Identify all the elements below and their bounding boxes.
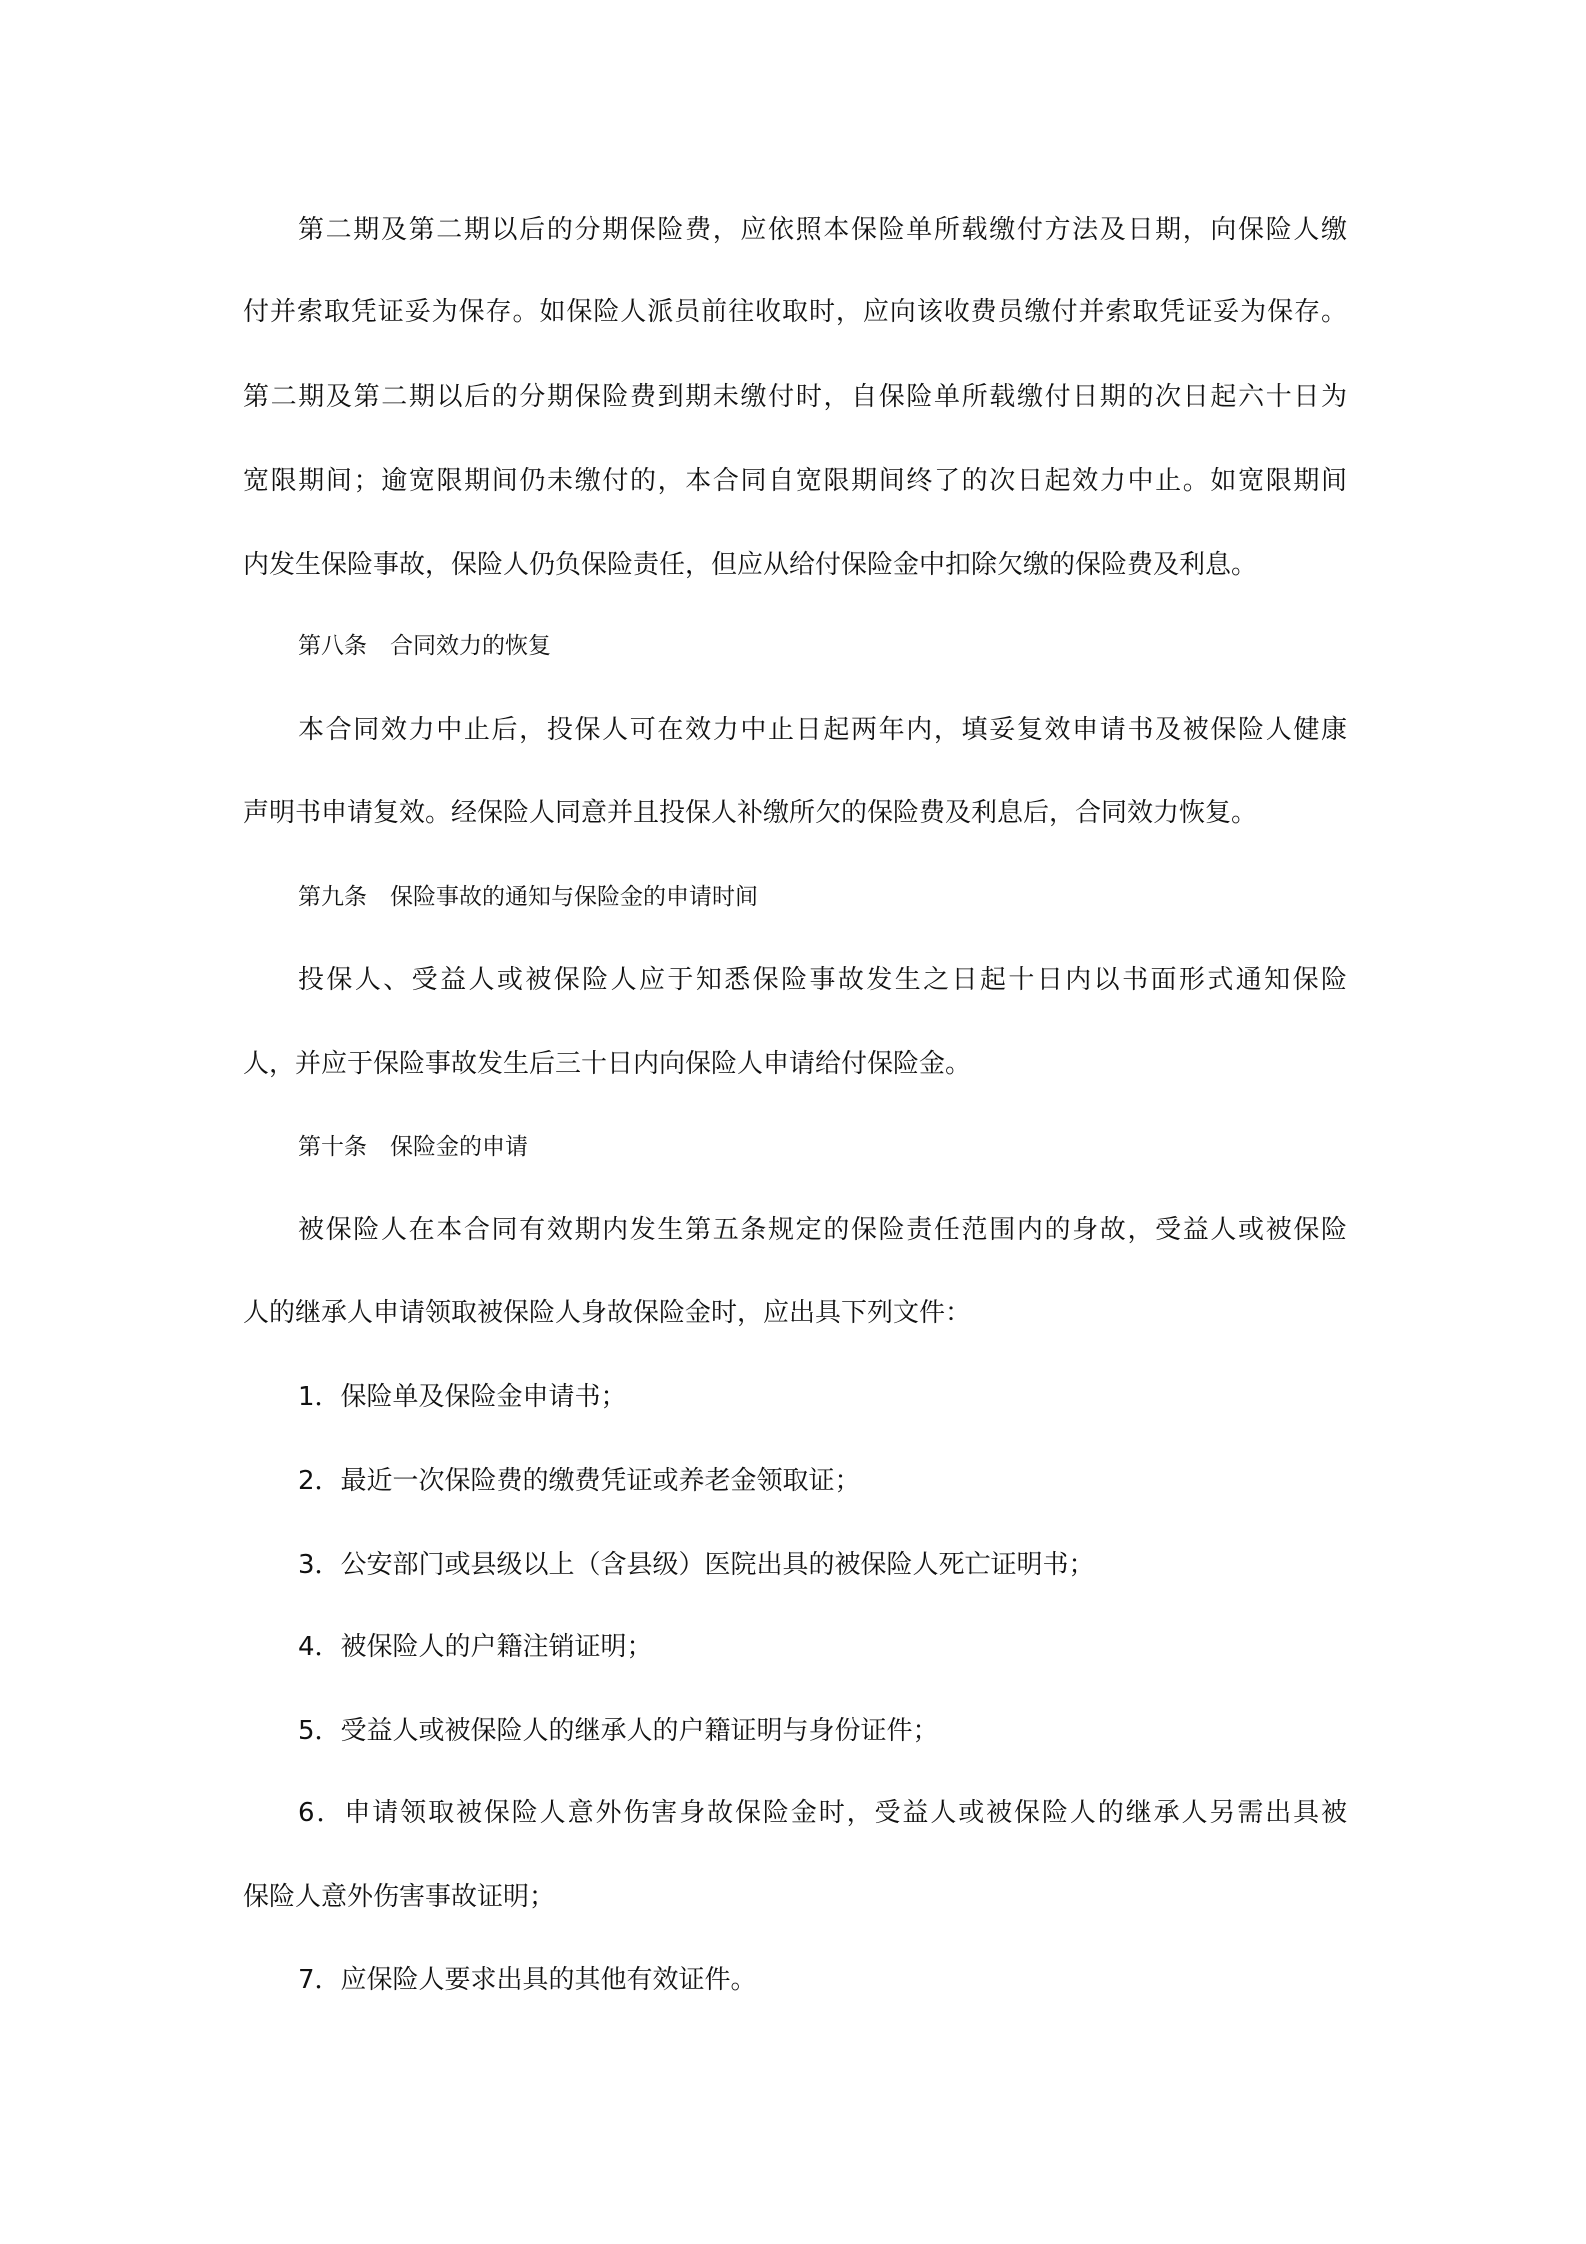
paragraph-line: 投保人、受益人或被保险人应于知悉保险事故发生之日起十日内以书面形式通知保险 — [298, 960, 1347, 1000]
section-heading-article-9: 第九条 保险事故的通知与保险金的申请时间 — [298, 877, 1347, 917]
section-heading-article-10: 第十条 保险金的申请 — [298, 1127, 1347, 1167]
paragraph-line: 第二期及第二期以后的分期保险费，应依照本保险单所载缴付方法及日期，向保险人缴 — [298, 210, 1347, 250]
paragraph-line: 被保险人在本合同有效期内发生第五条规定的保险责任范围内的身故，受益人或被保险 — [298, 1210, 1347, 1250]
section-heading-article-8: 第八条 合同效力的恢复 — [298, 626, 1347, 666]
paragraph-line: 本合同效力中止后，投保人可在效力中止日起两年内，填妥复效申请书及被保险人健康 — [298, 710, 1347, 750]
paragraph-line: 宽限期间；逾宽限期间仍未缴付的，本合同自宽限期间终了的次日起效力中止。如宽限期间 — [243, 461, 1347, 501]
list-item: 7．应保险人要求出具的其他有效证件。 — [298, 1960, 1347, 2000]
paragraph-line: 付并索取凭证妥为保存。如保险人派员前往收取时，应向该收费员缴付并索取凭证妥为保存… — [243, 292, 1347, 332]
list-item-continuation: 保险人意外伤害事故证明； — [243, 1877, 1347, 1917]
list-item: 6．申请领取被保险人意外伤害身故保险金时，受益人或被保险人的继承人另需出具被 — [298, 1793, 1347, 1833]
paragraph-line: 人的继承人申请领取被保险人身故保险金时，应出具下列文件： — [243, 1293, 1347, 1333]
list-item: 1．保险单及保险金申请书； — [298, 1377, 1347, 1417]
list-item: 3．公安部门或县级以上（含县级）医院出具的被保险人死亡证明书； — [298, 1545, 1347, 1585]
paragraph-line: 人，并应于保险事故发生后三十日内向保险人申请给付保险金。 — [243, 1044, 1347, 1084]
list-item: 2．最近一次保险费的缴费凭证或养老金领取证； — [298, 1461, 1347, 1501]
list-item: 4．被保险人的户籍注销证明； — [298, 1627, 1347, 1667]
paragraph-line: 声明书申请复效。经保险人同意并且投保人补缴所欠的保险费及利息后，合同效力恢复。 — [243, 793, 1347, 833]
paragraph-line: 内发生保险事故，保险人仍负保险责任，但应从给付保险金中扣除欠缴的保险费及利息。 — [243, 545, 1347, 585]
list-item: 5．受益人或被保险人的继承人的户籍证明与身份证件； — [298, 1711, 1347, 1751]
paragraph-line: 第二期及第二期以后的分期保险费到期未缴付时，自保险单所载缴付日期的次日起六十日为 — [243, 377, 1347, 417]
